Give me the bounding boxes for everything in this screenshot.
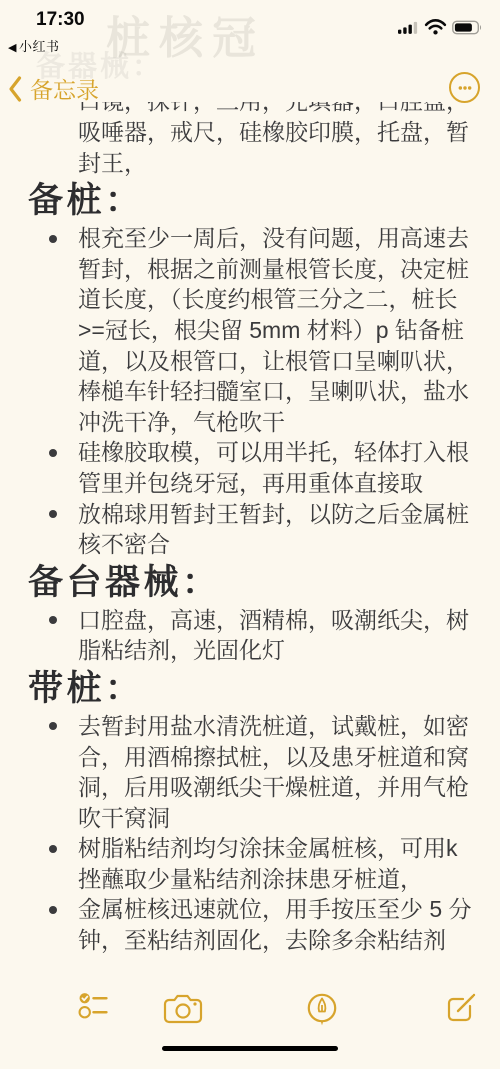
note-line: 冲洗干净，气枪吹干 bbox=[0, 407, 500, 438]
note-line: 根充至少一周后，没有问题，用高速去 bbox=[0, 223, 500, 254]
note-line: 合，用酒棉擦拭桩，以及患牙桩道和窝 bbox=[0, 742, 500, 773]
note-line: 棒槌车针轻扫髓室口，呈喇叭状，盐水 bbox=[0, 376, 500, 407]
note-line: 管里并包绕牙冠，再用重体直接取 bbox=[0, 468, 500, 499]
note-line: 金属桩核迅速就位，用手按压至少 5 分 bbox=[0, 894, 500, 925]
home-indicator[interactable] bbox=[162, 1046, 338, 1051]
back-to-app-label: 小红书 bbox=[19, 39, 60, 54]
compose-icon bbox=[446, 992, 477, 1023]
note-line: >=冠长，根尖留 5mm 材料）p 钻备桩 bbox=[0, 315, 500, 346]
note-heading: 带桩： bbox=[0, 666, 500, 711]
checklist-icon bbox=[78, 992, 109, 1019]
note-line: 去暂封用盐水清洗桩道，试戴桩，如密 bbox=[0, 711, 500, 742]
note-line: 吸唾器，戒尺，硅橡胶印膜，托盘，暂 bbox=[0, 117, 500, 148]
watermark-title-ghost: 桩核冠 bbox=[106, 2, 265, 66]
back-triangle-icon: ◀ bbox=[8, 42, 17, 54]
more-options-button[interactable] bbox=[449, 72, 480, 103]
markup-pen-icon bbox=[306, 992, 338, 1028]
note-line: 暂封，根据之前测量根管长度，决定桩 bbox=[0, 254, 500, 285]
note-line: 道长度，（长度约根管三分之二，桩长 bbox=[0, 284, 500, 315]
note-line: 挫蘸取少量粘结剂涂抹患牙桩道， bbox=[0, 864, 500, 895]
nav-back-label: 备忘录 bbox=[30, 72, 99, 105]
bullet-dot bbox=[49, 616, 57, 624]
note-line: 吹干窝洞 bbox=[0, 803, 500, 834]
cellular-signal-icon bbox=[398, 20, 419, 34]
ellipsis-icon bbox=[455, 78, 475, 98]
checklist-button[interactable] bbox=[78, 992, 109, 1024]
camera-icon bbox=[163, 992, 203, 1024]
bullet-dot bbox=[49, 510, 57, 518]
note-line: 硅橡胶取模，可以用半托，轻体打入根 bbox=[0, 437, 500, 468]
note-line: 封王， bbox=[0, 148, 500, 179]
note-line: 脂粘结剂，光固化灯 bbox=[0, 635, 500, 666]
compose-button[interactable] bbox=[446, 992, 477, 1028]
bullet-dot bbox=[49, 235, 57, 243]
battery-icon bbox=[452, 20, 482, 35]
bullet-dot bbox=[49, 449, 57, 457]
note-line: 放棉球用暂封王暂封，以防之后金属桩 bbox=[0, 499, 500, 530]
note-heading: 备桩： bbox=[0, 178, 500, 223]
back-to-app-breadcrumb[interactable]: ◀小红书 bbox=[8, 36, 59, 55]
note-line-clipped: 口镜，探针，三用，充填器，口腔盘， bbox=[78, 102, 500, 117]
wifi-icon bbox=[424, 19, 447, 35]
note-line: 洞，后用吸潮纸尖干燥桩道，并用气枪 bbox=[0, 772, 500, 803]
status-icons bbox=[398, 19, 482, 35]
camera-button[interactable] bbox=[163, 992, 203, 1029]
note-line: 道，以及根管口，让根管口呈喇叭状， bbox=[0, 346, 500, 377]
note-line: 树脂粘结剂均匀涂抹金属桩核，可用k bbox=[0, 833, 500, 864]
note-line: 口镜，探针，三用，充填器，口腔盘， bbox=[0, 102, 500, 117]
note-line: 口腔盘，高速，酒精棉，吸潮纸尖，树 bbox=[0, 605, 500, 636]
note-line: 核不密合 bbox=[0, 529, 500, 560]
bullet-dot bbox=[49, 906, 57, 914]
markup-button[interactable] bbox=[306, 992, 338, 1033]
bullet-dot bbox=[49, 845, 57, 853]
note-heading: 备台器械： bbox=[0, 560, 500, 605]
bottom-toolbar bbox=[0, 988, 500, 1032]
nav-back-button[interactable]: 备忘录 bbox=[8, 72, 99, 105]
chevron-left-icon bbox=[8, 75, 22, 103]
bullet-dot bbox=[49, 722, 57, 730]
status-time: 17:30 bbox=[36, 9, 85, 31]
note-content[interactable]: 口镜，探针，三用，充填器，口腔盘，吸唾器，戒尺，硅橡胶印膜，托盘，暂封王，备桩：… bbox=[0, 102, 500, 956]
note-line: 钟，至粘结剂固化，去除多余粘结剂 bbox=[0, 925, 500, 956]
